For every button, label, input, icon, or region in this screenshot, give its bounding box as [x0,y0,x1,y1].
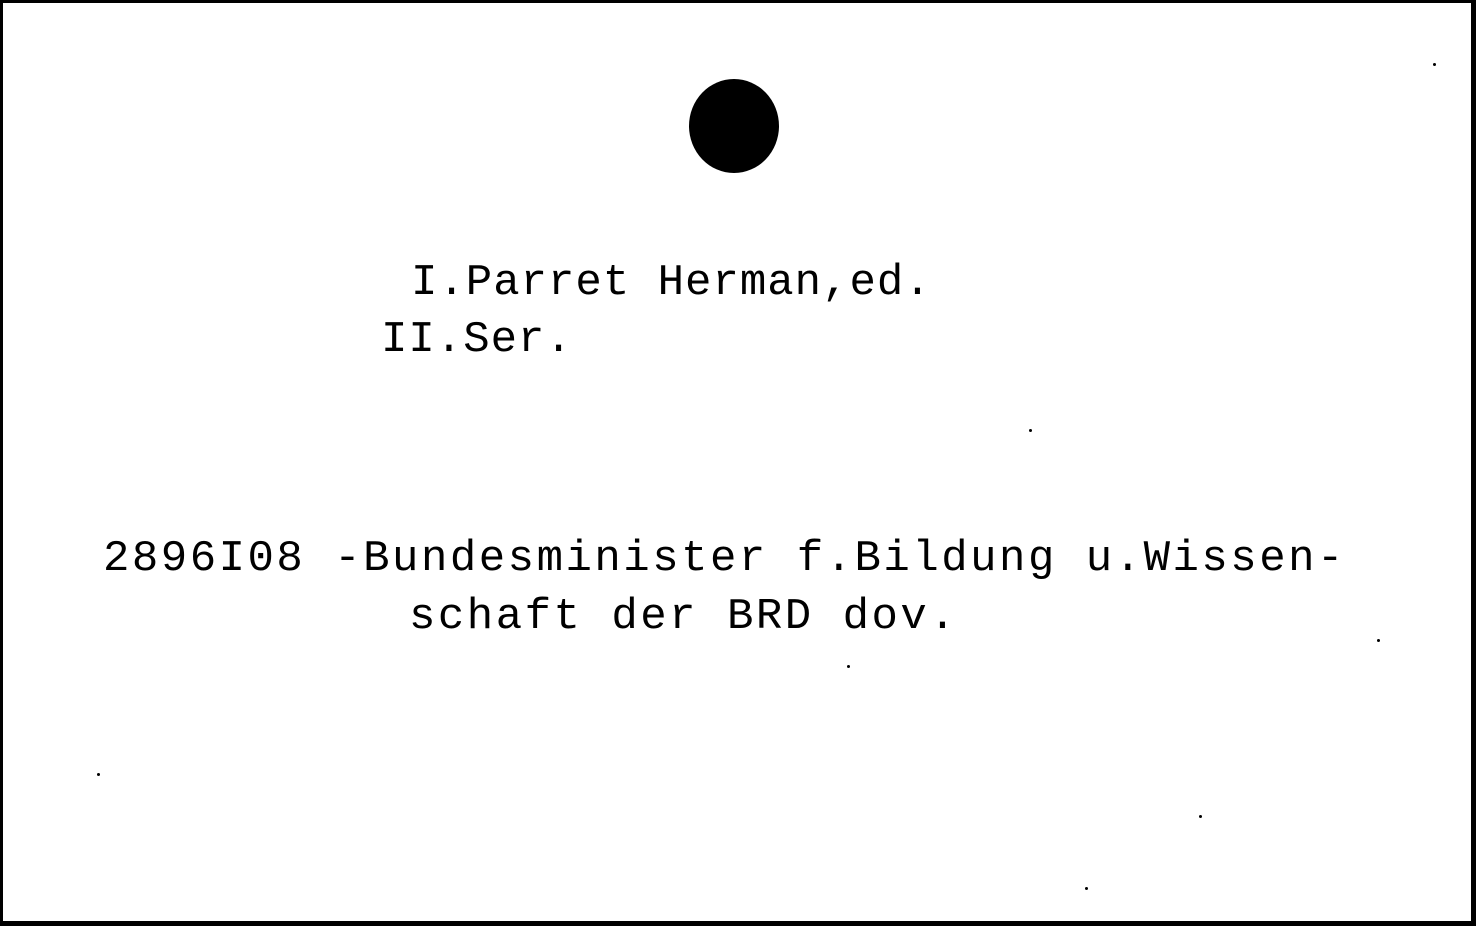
punch-hole-icon [689,79,779,173]
record-number: 2896I08 [103,534,305,584]
ink-speck [1433,63,1436,66]
record-title-line-2: schaft der BRD dov. [409,595,958,639]
ink-speck [1377,639,1380,642]
ink-speck [1029,429,1032,432]
ink-speck [1085,887,1088,890]
added-entry-editor: I.Parret Herman,ed. [411,261,932,305]
record-title-line-1: -Bundesminister f.Bildung u.Wissen- [334,534,1346,584]
ink-speck [97,773,100,776]
ink-speck [847,665,850,668]
added-entry-series: II.Ser. [381,318,573,362]
record-line-1: 2896I08 -Bundesminister f.Bildung u.Wiss… [103,537,1346,581]
ink-speck [1199,815,1202,818]
catalog-card: I.Parret Herman,ed. II.Ser. 2896I08 -Bun… [3,3,1471,921]
